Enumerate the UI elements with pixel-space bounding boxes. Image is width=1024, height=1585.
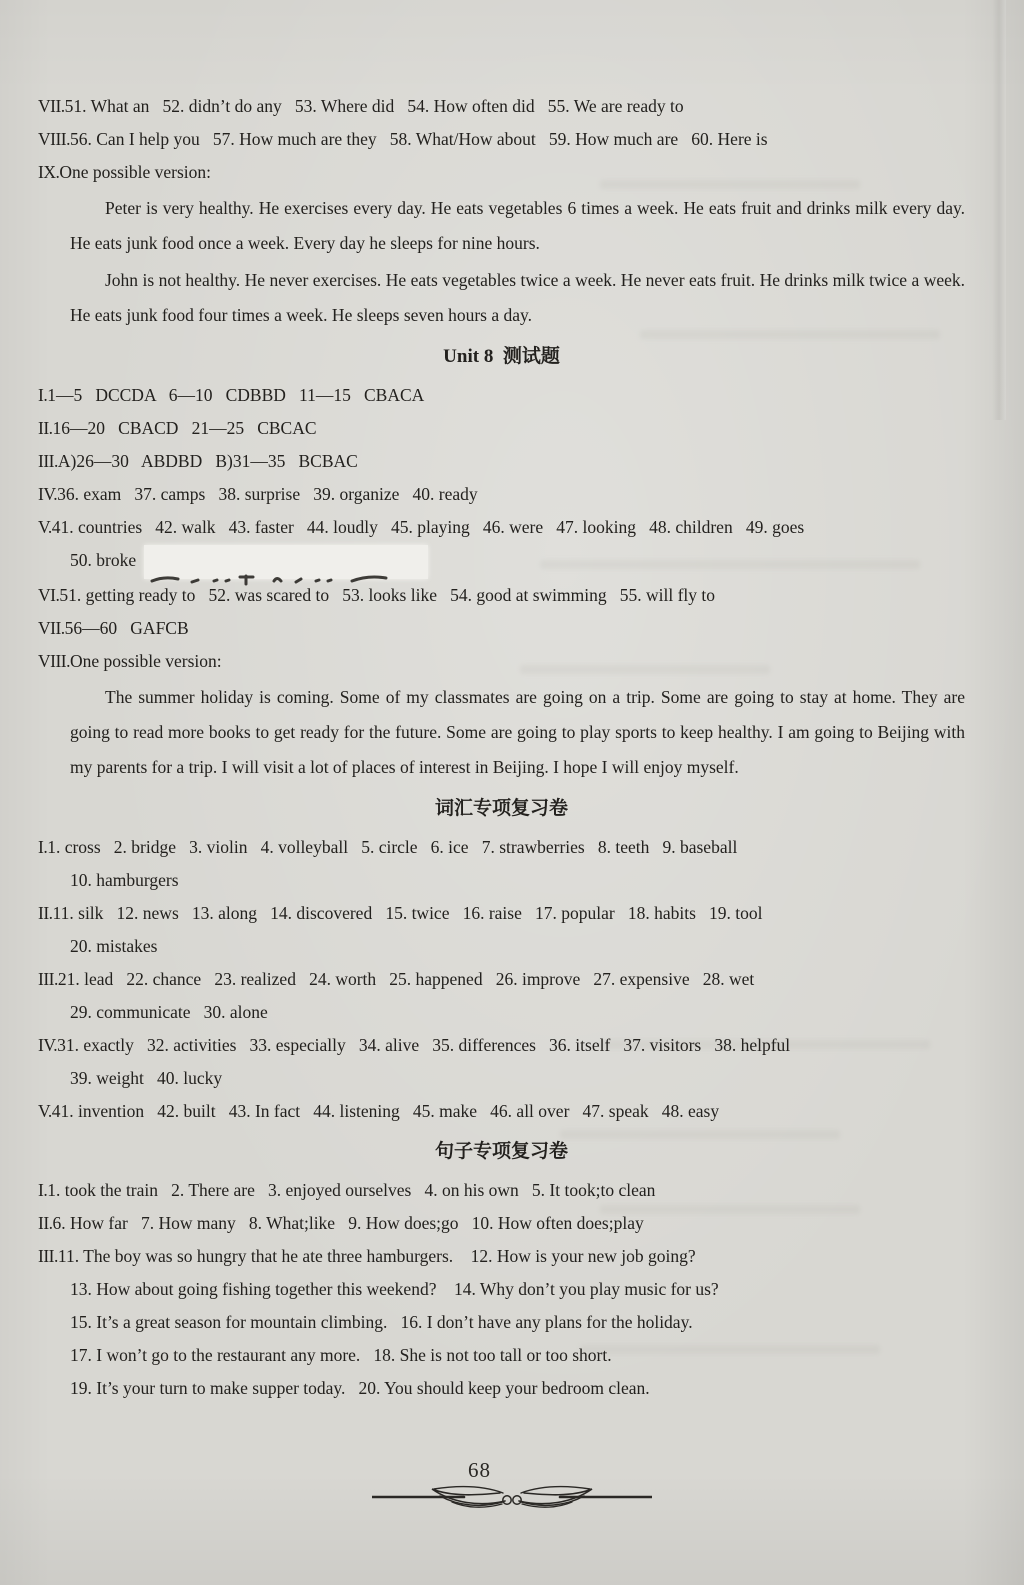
answer-paragraph: Peter is very healthy. He exercises ever… bbox=[70, 191, 965, 261]
answer-line-text: 16—20 CBACD 21—25 CBCAC bbox=[53, 418, 317, 438]
list-marker: VIII. bbox=[38, 651, 70, 671]
answer-line-text: 13. How about going fishing together thi… bbox=[70, 1279, 719, 1299]
answer-line-continuation: 13. How about going fishing together thi… bbox=[70, 1273, 974, 1306]
list-marker: VII. bbox=[38, 618, 65, 638]
list-marker: V. bbox=[38, 1101, 52, 1121]
answer-line-text: 1. cross 2. bridge 3. violin 4. volleyba… bbox=[47, 837, 737, 857]
answer-line: III.11. The boy was so hungry that he at… bbox=[38, 1240, 974, 1273]
answer-line-text: 50. broke bbox=[70, 550, 136, 570]
answer-line: IV.36. exam 37. camps 38. surprise 39. o… bbox=[38, 478, 974, 511]
list-marker: III. bbox=[38, 1246, 58, 1266]
page-number: 68 bbox=[468, 1458, 491, 1483]
list-marker: I. bbox=[38, 385, 47, 405]
answer-line-continuation: 50. broke bbox=[70, 544, 974, 579]
list-marker: IX. bbox=[38, 162, 59, 182]
answer-line-continuation: 10. hamburgers bbox=[70, 864, 974, 897]
answer-line: VIII.One possible version: bbox=[38, 645, 974, 678]
answer-line-text: 1. took the train 2. There are 3. enjoye… bbox=[47, 1180, 655, 1200]
list-marker: IV. bbox=[38, 484, 57, 504]
winged-flourish-divider-icon bbox=[372, 1481, 652, 1515]
answer-line: I.1. cross 2. bridge 3. violin 4. volley… bbox=[38, 831, 974, 864]
answer-paragraph: John is not healthy. He never exercises.… bbox=[70, 263, 965, 333]
answer-key-content: VII.51. What an 52. didn’t do any 53. Wh… bbox=[0, 0, 1024, 1405]
answer-line-continuation: 39. weight 40. lucky bbox=[70, 1062, 974, 1095]
list-marker: V. bbox=[38, 517, 52, 537]
answer-line: III.A)26—30 ABDBD B)31—35 BCBAC bbox=[38, 445, 974, 478]
answer-line-text: One possible version: bbox=[70, 651, 222, 671]
page-footer: 68 bbox=[0, 1458, 1024, 1515]
answer-line: VIII.56. Can I help you 57. How much are… bbox=[38, 123, 974, 156]
answer-line: II.16—20 CBACD 21—25 CBCAC bbox=[38, 412, 974, 445]
answer-line: II.11. silk 12. news 13. along 14. disco… bbox=[38, 897, 974, 930]
answer-line-continuation: 17. I won’t go to the restaurant any mor… bbox=[70, 1339, 974, 1372]
answer-line: V.41. countries 42. walk 43. faster 44. … bbox=[38, 511, 974, 544]
answer-line: III.21. lead 22. chance 23. realized 24.… bbox=[38, 963, 974, 996]
answer-line-text: 41. countries 42. walk 43. faster 44. lo… bbox=[52, 517, 804, 537]
answer-line-text: 36. exam 37. camps 38. surprise 39. orga… bbox=[57, 484, 478, 504]
answer-line: VII.56—60 GAFCB bbox=[38, 612, 974, 645]
scanned-answer-page: { "page": { "paper_color": "#d8d7d2", "i… bbox=[0, 0, 1024, 1585]
answer-line-text: 56. Can I help you 57. How much are they… bbox=[70, 129, 768, 149]
answer-line-text: 41. invention 42. built 43. In fact 44. … bbox=[52, 1101, 719, 1121]
list-marker: VII. bbox=[38, 96, 65, 116]
answer-line-text: 29. communicate 30. alone bbox=[70, 1002, 268, 1022]
answer-line-text: 17. I won’t go to the restaurant any mor… bbox=[70, 1345, 612, 1365]
answer-line-continuation: 15. It’s a great season for mountain cli… bbox=[70, 1306, 974, 1339]
answer-line-text: 21. lead 22. chance 23. realized 24. wor… bbox=[58, 969, 754, 989]
answer-line: IV.31. exactly 32. activities 33. especi… bbox=[38, 1029, 974, 1062]
answer-line-text: 19. It’s your turn to make supper today.… bbox=[70, 1378, 650, 1398]
answer-line-text: One possible version: bbox=[59, 162, 211, 182]
answer-line-text: 11. The boy was so hungry that he ate th… bbox=[58, 1246, 696, 1266]
answer-line: VII.51. What an 52. didn’t do any 53. Wh… bbox=[38, 90, 974, 123]
answer-line-text: 20. mistakes bbox=[70, 936, 158, 956]
answer-line-text: 15. It’s a great season for mountain cli… bbox=[70, 1312, 693, 1332]
answer-line-text: 1—5 DCCDA 6—10 CDBBD 11—15 CBACA bbox=[47, 385, 424, 405]
answer-line-text: 39. weight 40. lucky bbox=[70, 1068, 222, 1088]
list-marker: I. bbox=[38, 837, 47, 857]
answer-line: I.1—5 DCCDA 6—10 CDBBD 11—15 CBACA bbox=[38, 379, 974, 412]
answer-line-text: 31. exactly 32. activities 33. especiall… bbox=[57, 1035, 790, 1055]
section-heading: 词汇专项复习卷 bbox=[38, 793, 965, 825]
list-marker: II. bbox=[38, 1213, 53, 1233]
list-marker: IV. bbox=[38, 1035, 57, 1055]
answer-paragraph: The summer holiday is coming. Some of my… bbox=[70, 680, 965, 785]
answer-line: I.1. took the train 2. There are 3. enjo… bbox=[38, 1174, 974, 1207]
answer-line-continuation: 20. mistakes bbox=[70, 930, 974, 963]
list-marker: VI. bbox=[38, 585, 59, 605]
list-marker: VIII. bbox=[38, 129, 70, 149]
correction-whiteout-patch bbox=[144, 545, 428, 579]
answer-line-text: 10. hamburgers bbox=[70, 870, 179, 890]
answer-line: II.6. How far 7. How many 8. What;like 9… bbox=[38, 1207, 974, 1240]
answer-line-text: 51. getting ready to 52. was scared to 5… bbox=[59, 585, 715, 605]
answer-line: IX.One possible version: bbox=[38, 156, 974, 189]
list-marker: III. bbox=[38, 451, 58, 471]
answer-line-text: 51. What an 52. didn’t do any 53. Where … bbox=[65, 96, 684, 116]
answer-line-text: 6. How far 7. How many 8. What;like 9. H… bbox=[53, 1213, 644, 1233]
list-marker: III. bbox=[38, 969, 58, 989]
list-marker: I. bbox=[38, 1180, 47, 1200]
list-marker: II. bbox=[38, 903, 53, 923]
answer-line-text: A)26—30 ABDBD B)31—35 BCBAC bbox=[58, 451, 358, 471]
answer-line-continuation: 19. It’s your turn to make supper today.… bbox=[70, 1372, 974, 1405]
list-marker: II. bbox=[38, 418, 53, 438]
answer-line-text: 11. silk 12. news 13. along 14. discover… bbox=[53, 903, 763, 923]
section-heading: 句子专项复习卷 bbox=[38, 1136, 965, 1168]
section-heading: Unit 8 测试题 bbox=[38, 341, 965, 373]
answer-line-continuation: 29. communicate 30. alone bbox=[70, 996, 974, 1029]
answer-line-text: 56—60 GAFCB bbox=[65, 618, 189, 638]
answer-line: V.41. invention 42. built 43. In fact 44… bbox=[38, 1095, 974, 1128]
